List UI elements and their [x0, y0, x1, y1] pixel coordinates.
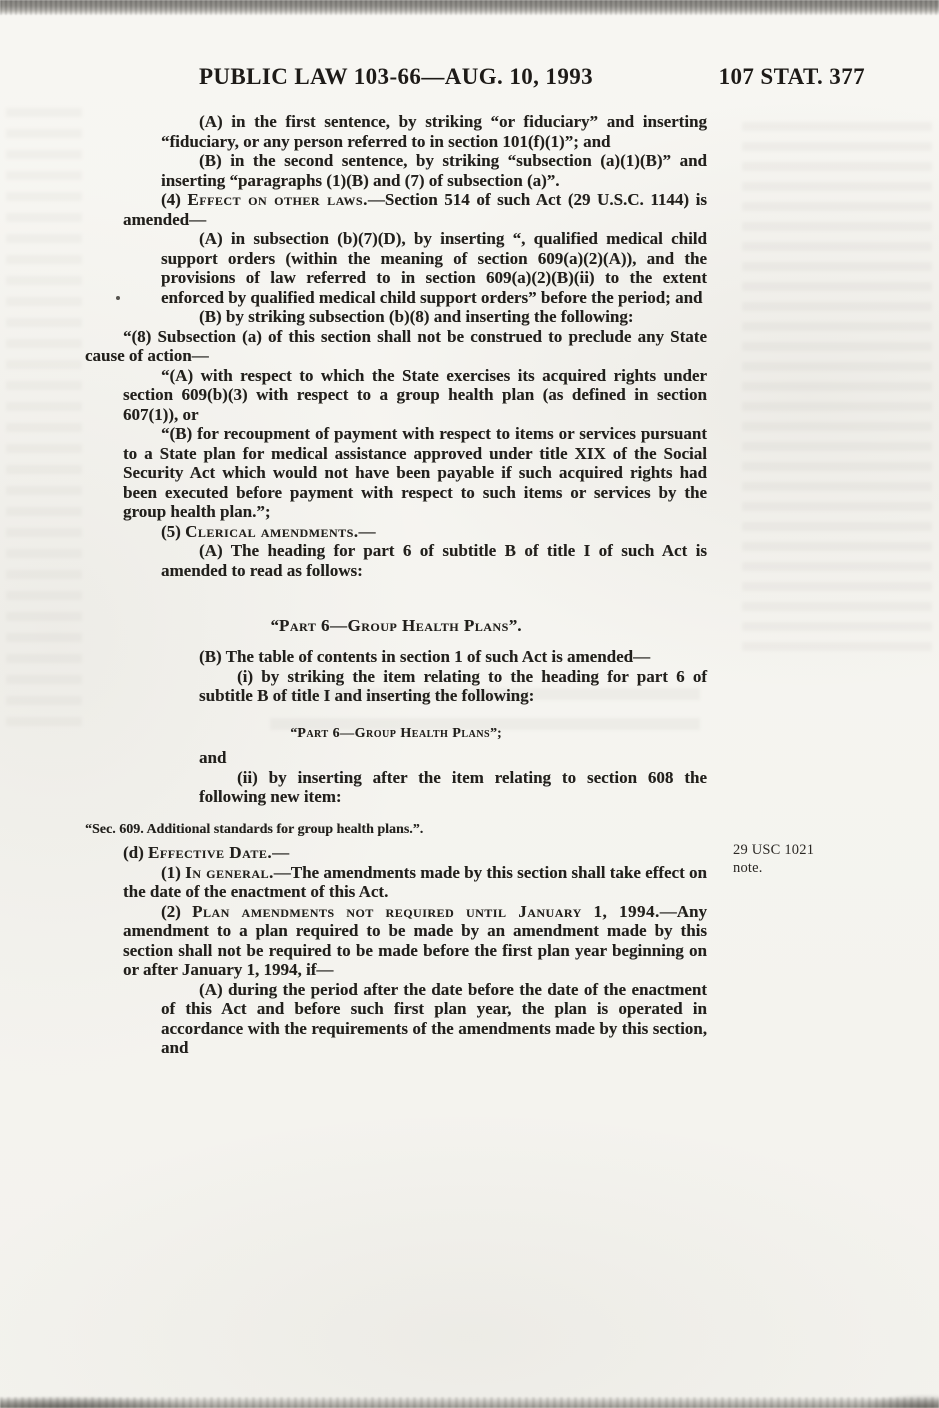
body-text: “	[270, 616, 279, 635]
subpara-B-strike-b8: (B) by striking subsection (b)(8) and in…	[161, 307, 707, 327]
scan-smudge-bottom-right	[859, 1394, 939, 1408]
body-text: “(8) Subsection (a) of this section shal…	[85, 327, 707, 366]
clause-i-strike-heading-item: (i) by striking the item relating to the…	[199, 667, 707, 706]
part-6-toc-heading: “Part 6—Group Health Plans”;	[85, 726, 707, 743]
text-column: (A) in the first sentence, by striking “…	[85, 112, 707, 1058]
para-1-in-general: (1) In general.—The amendments made by t…	[123, 863, 707, 902]
body-text: (4)	[161, 190, 187, 209]
small-caps-text: Effect on other laws.	[187, 190, 367, 209]
subpara-A-operated-in-accordance: (A) during the period after the date bef…	[161, 980, 707, 1058]
body-text: “(A) with respect to which the State exe…	[123, 366, 707, 424]
statute-page: PUBLIC LAW 103-66—AUG. 10, 1993 107 STAT…	[0, 0, 939, 1408]
and-connector: and	[199, 748, 707, 768]
small-caps-text: In general.	[185, 863, 274, 882]
body-text: (B) by striking subsection (b)(8) and in…	[199, 307, 633, 326]
body-text: (2)	[161, 902, 192, 921]
para-5-clerical-amendments: (5) Clerical amendments.—	[123, 522, 707, 542]
scan-artifact-top-edge	[0, 0, 939, 15]
small-caps-text: Plan amendments not required until Janua…	[192, 902, 660, 921]
margin-note-line: note.	[733, 860, 873, 878]
body-text: —	[272, 843, 289, 862]
body-text: “Sec. 609. Additional standards for grou…	[85, 822, 423, 837]
body-text: (A) in the first sentence, by striking “…	[161, 112, 707, 151]
body-text: (B) in the second sentence, by striking …	[161, 151, 707, 190]
small-caps-text: Part 6—Group Health Plans	[297, 726, 490, 741]
margin-note-29-usc-1021: 29 USC 1021note.	[733, 842, 873, 877]
small-caps-text: Part 6—Group Health Plans	[279, 616, 509, 635]
subsec-d-effective-date: (d) Effective Date.—29 USC 1021note.	[85, 843, 707, 863]
quoted-subpara-B: “(B) for recoupment of payment with resp…	[123, 424, 707, 522]
subpara-A-heading-amendment: (A) The heading for part 6 of subtitle B…	[161, 541, 707, 580]
body-text: and	[199, 748, 226, 767]
bleedthrough-left	[6, 108, 82, 728]
margin-note-line: 29 USC 1021	[733, 842, 873, 860]
body-text: (B) The table of contents in section 1 o…	[199, 647, 650, 666]
body-text: (A) in subsection (b)(7)(D), by insertin…	[161, 229, 707, 307]
running-head-page-number: 107 STAT. 377	[719, 64, 865, 90]
body-text: (d)	[123, 843, 148, 862]
para-4-effect-on-other-laws: (4) Effect on other laws.—Section 514 of…	[123, 190, 707, 229]
body-text: ”.	[509, 616, 522, 635]
quoted-subpara-A: “(A) with respect to which the State exe…	[123, 366, 707, 425]
body-text: (A) during the period after the date bef…	[161, 980, 707, 1058]
body-text: (A) The heading for part 6 of subtitle B…	[161, 541, 707, 580]
body-text: ”;	[490, 726, 502, 741]
body-text: —	[359, 522, 376, 541]
clause-B-second-sentence: (B) in the second sentence, by striking …	[161, 151, 707, 190]
subpara-A-insert-qmcso: (A) in subsection (b)(7)(D), by insertin…	[161, 229, 707, 307]
part-6-heading: “Part 6—Group Health Plans”.	[85, 616, 707, 636]
small-caps-text: Clerical amendments.	[185, 522, 358, 541]
clause-ii-insert-new-item: (ii) by inserting after the item relatin…	[199, 768, 707, 807]
body-text: (1)	[161, 863, 185, 882]
small-caps-text: Effective Date.	[148, 843, 272, 862]
body-text: “(B) for recoupment of payment with resp…	[123, 424, 707, 521]
running-head-title: PUBLIC LAW 103-66—AUG. 10, 1993	[85, 64, 707, 90]
body-text: (5)	[161, 522, 185, 541]
body-text: (i) by striking the item relating to the…	[199, 667, 707, 706]
sec-609-toc-entry: “Sec. 609. Additional standards for grou…	[85, 822, 707, 839]
bleedthrough-right	[742, 122, 932, 652]
clause-A-first-sentence: (A) in the first sentence, by striking “…	[161, 112, 707, 151]
scan-smudge-bottom-left	[0, 1396, 200, 1408]
subpara-B-toc-amendment: (B) The table of contents in section 1 o…	[161, 647, 707, 667]
body-text: (ii) by inserting after the item relatin…	[199, 768, 707, 807]
para-2-plan-amendments: (2) Plan amendments not required until J…	[123, 902, 707, 980]
quoted-para-8: “(8) Subsection (a) of this section shal…	[85, 327, 707, 366]
